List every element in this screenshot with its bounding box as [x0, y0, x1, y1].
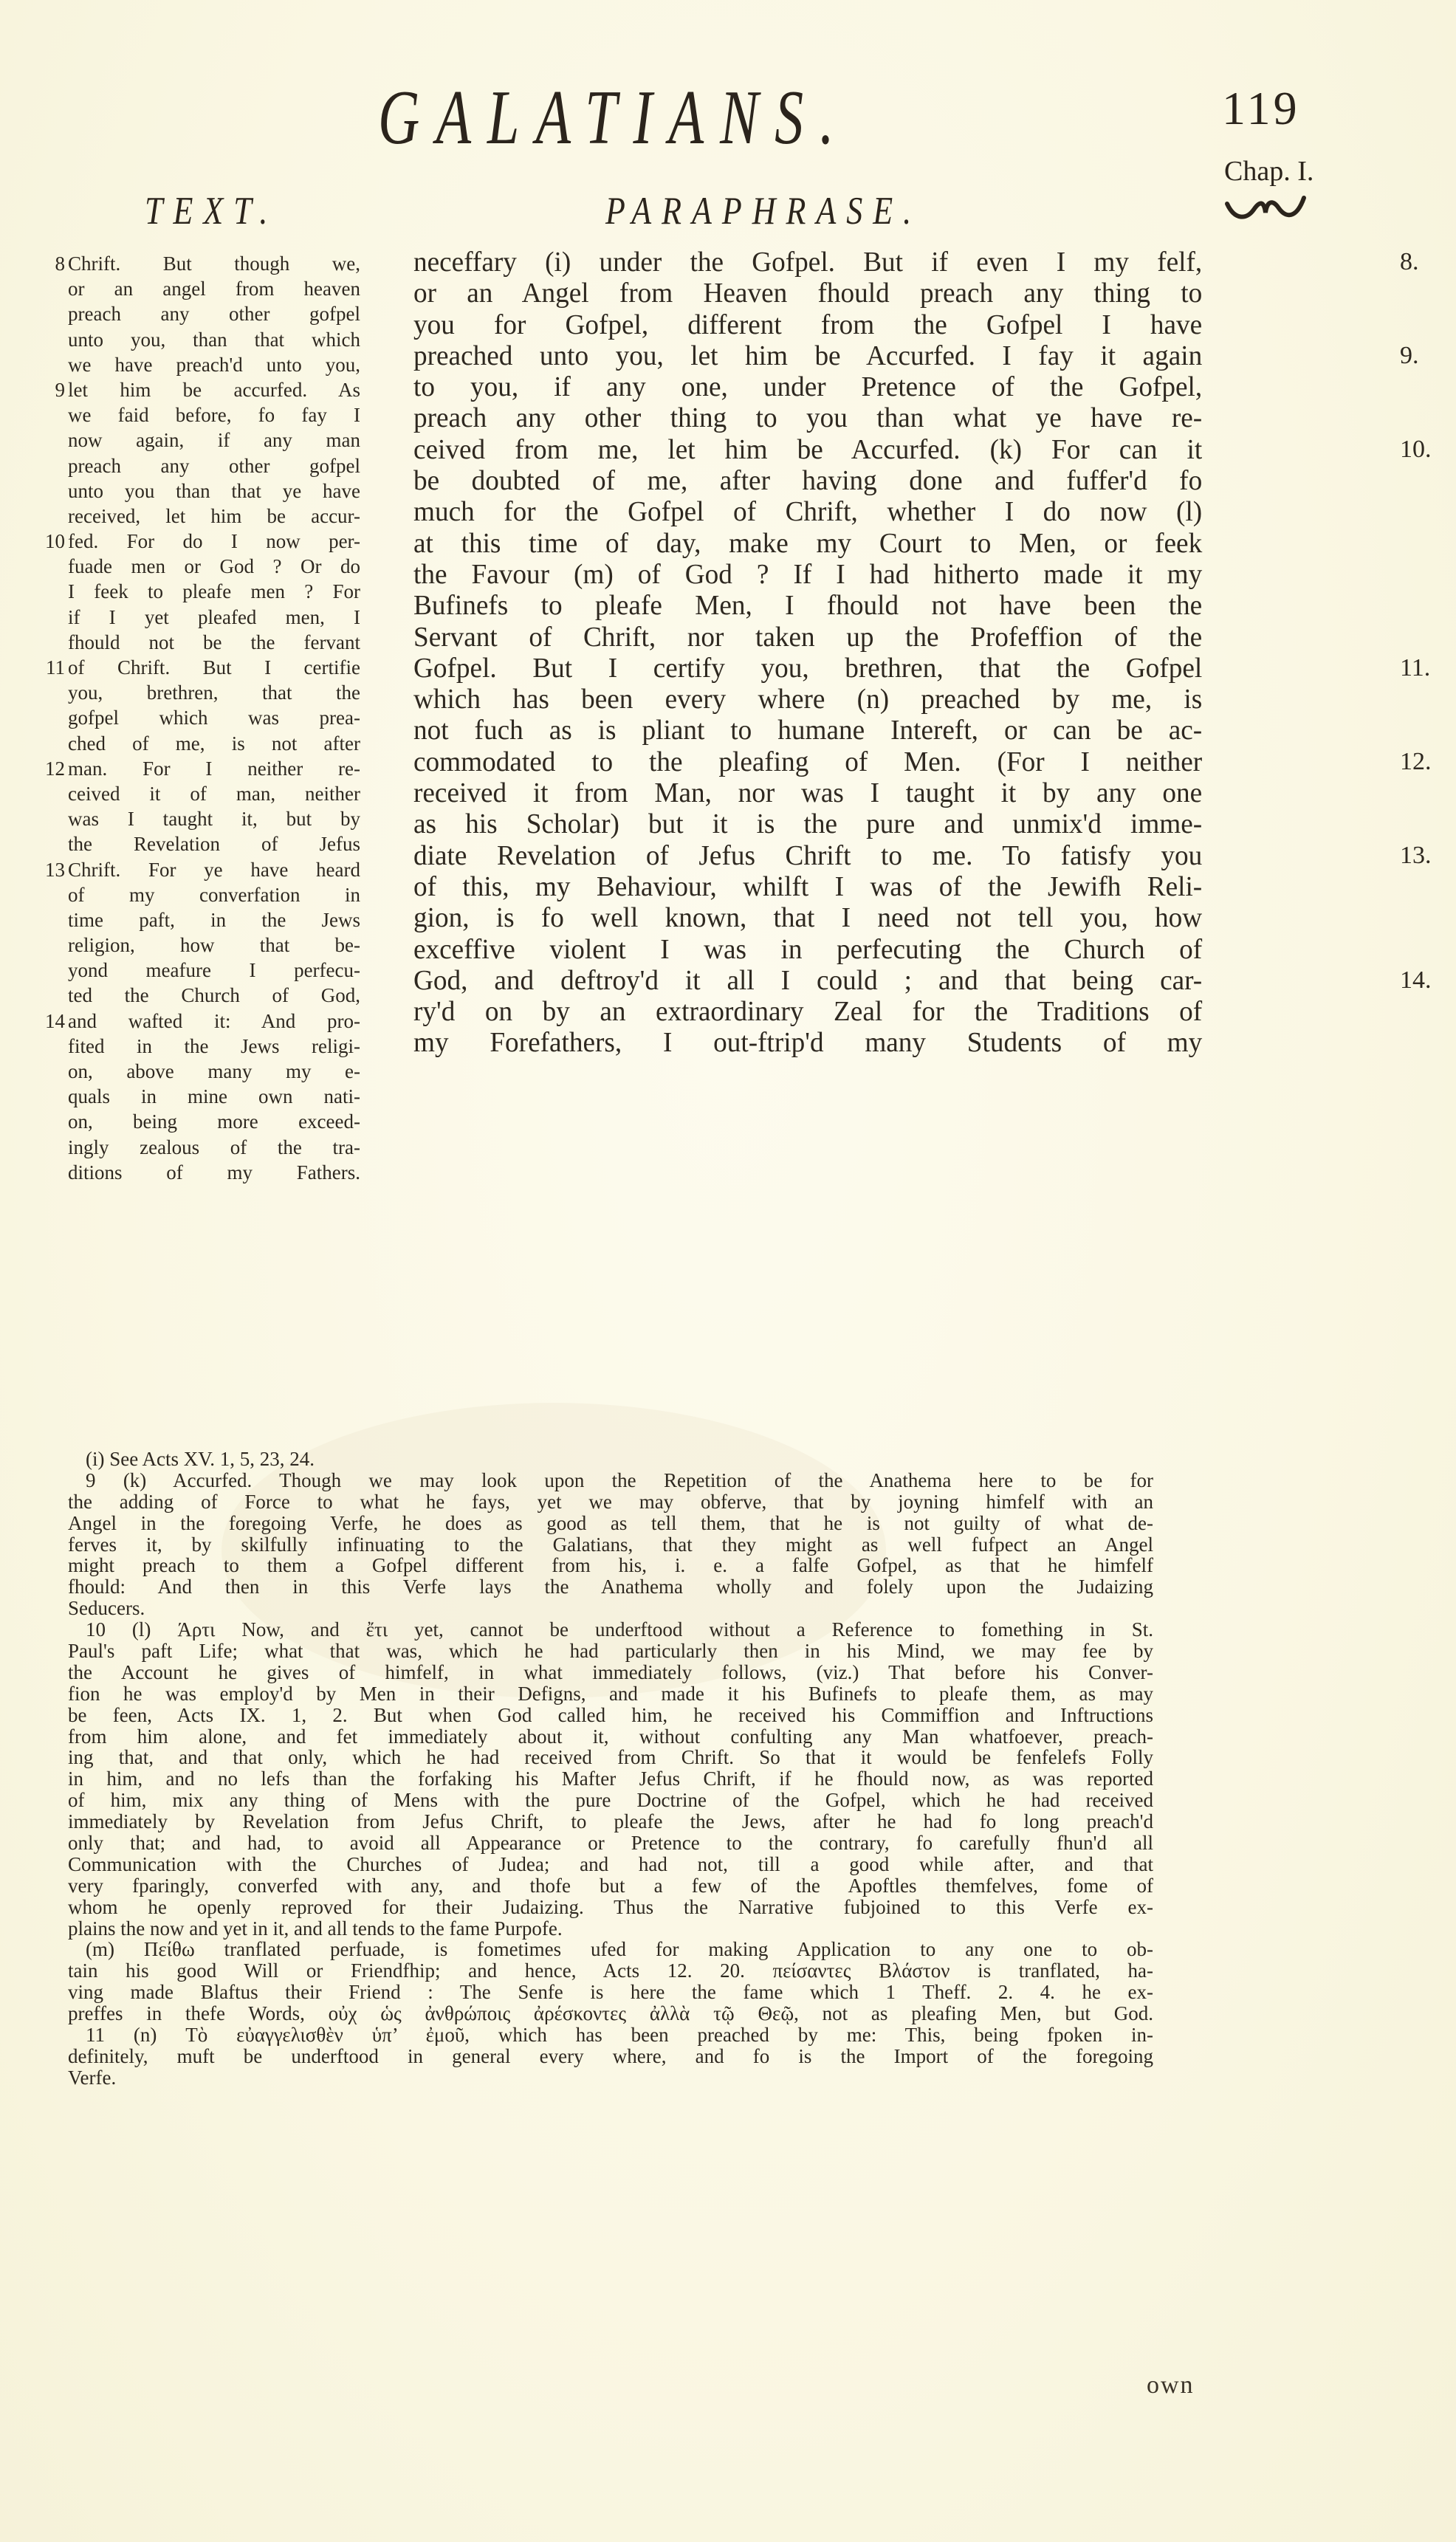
- paraphrase-text: much for the Gofpel of Chrift, whether I…: [413, 496, 1202, 527]
- note-line: ving made Blaftus their Friend : The Sen…: [68, 1982, 1153, 2003]
- footnotes: (i) See Acts XV. 1, 5, 23, 24.9 (k) Accu…: [68, 1449, 1153, 2089]
- paraphrase-line: diate Revelation of Jefus Chrift to me. …: [411, 840, 1370, 871]
- verse-text: we faid before, fo fay I: [68, 402, 360, 427]
- text-line: fited in the Jews religi-: [0, 1034, 436, 1059]
- page-number: 119: [1222, 81, 1300, 136]
- note-text: Verfe.: [68, 2067, 1153, 2089]
- verse-text: on, above many my e-: [68, 1059, 360, 1084]
- note-line: fhould: And then in this Verfe lays the …: [68, 1576, 1153, 1598]
- verse-number: 10: [30, 529, 65, 554]
- note-text: Communication with the Churches of Judea…: [68, 1854, 1153, 1875]
- text-line: gofpel which was prea-: [0, 705, 436, 730]
- verse-number: 14: [30, 1009, 65, 1034]
- text-line: you, brethren, that the: [0, 680, 436, 705]
- verse-text: unto you than that ye have: [68, 478, 360, 504]
- verse-text: we have preach'd unto you,: [68, 352, 360, 377]
- verse-text: you, brethren, that the: [68, 680, 360, 705]
- paraphrase-line: of this, my Behaviour, whilft I was of t…: [411, 871, 1370, 902]
- text-line: unto you, than that which: [0, 327, 436, 352]
- paraphrase-verse-number: 14.: [1400, 965, 1432, 996]
- note-text: very fparingly, converfed with any, and …: [68, 1875, 1153, 1897]
- paraphrase-text: received it from Man, nor was I taught i…: [413, 777, 1202, 808]
- note-text: in him, and no lefs than the forfaking h…: [68, 1768, 1153, 1790]
- verse-number: 8: [30, 251, 65, 276]
- note-text: 10 (l) Άρτι Now, and ἔτι yet, cannot be …: [86, 1619, 1153, 1641]
- note-text: ferves it, by skilfully infinuating to t…: [68, 1534, 1153, 1556]
- text-line: 14and wafted it: And pro-: [0, 1009, 436, 1034]
- paraphrase-line: exceffive violent I was in perfecuting t…: [411, 934, 1370, 965]
- paraphrase-text: ceived from me, let him be Accurfed. (k)…: [413, 434, 1202, 465]
- text-line: yond meafure I perfecu-: [0, 958, 436, 983]
- paraphrase-text: diate Revelation of Jefus Chrift to me. …: [413, 840, 1202, 871]
- verse-text: ched of me, is not after: [68, 731, 360, 756]
- verse-text: religion, how that be-: [68, 932, 360, 958]
- running-title: GALATIANS.: [378, 72, 851, 162]
- paraphrase-line: be doubted of me, after having done and …: [411, 465, 1370, 496]
- note-line: definitely, muft be underftood in genera…: [68, 2046, 1153, 2067]
- note-text: fhould: And then in this Verfe lays the …: [68, 1576, 1153, 1598]
- verse-number: 11: [30, 655, 65, 680]
- paraphrase-line: Servant of Chrift, nor taken up the Prof…: [411, 622, 1370, 653]
- paraphrase-text: of this, my Behaviour, whilft I was of t…: [413, 871, 1202, 902]
- note-line: 10 (l) Άρτι Now, and ἔτι yet, cannot be …: [68, 1619, 1153, 1641]
- note-line: 11 (n) Τὸ εὐαγγελισθὲν ὑπ’ ἐμοῦ, which h…: [68, 2024, 1153, 2046]
- paraphrase-line: ceived from me, let him be Accurfed. (k)…: [411, 434, 1370, 465]
- paraphrase-line: preached unto you, let him be Accurfed. …: [411, 340, 1370, 371]
- note-line: Paul's paft Life; what that was, which h…: [68, 1641, 1153, 1662]
- note-line: from him alone, and fet immediately abou…: [68, 1726, 1153, 1748]
- verse-text: was I taught it, but by: [68, 806, 360, 831]
- verse-text: gofpel which was prea-: [68, 705, 360, 730]
- note-text: 11 (n) Τὸ εὐαγγελισθὲν ὑπ’ ἐμοῦ, which h…: [86, 2024, 1153, 2046]
- verse-text: unto you, than that which: [68, 327, 360, 352]
- note-line: be feen, Acts IX. 1, 2. But when God cal…: [68, 1705, 1153, 1726]
- note-line: in him, and no lefs than the forfaking h…: [68, 1768, 1153, 1790]
- paraphrase-text: neceffary (i) under the Gofpel. But if e…: [413, 247, 1202, 278]
- note-text: Seducers.: [68, 1598, 1153, 1619]
- verse-text: fed. For do I now per-: [68, 529, 360, 554]
- paraphrase-text: Gofpel. But I certify you, brethren, tha…: [413, 653, 1202, 684]
- catchword: own: [1147, 2371, 1195, 2400]
- paraphrase-text: God, and deftroy'd it all I could ; and …: [413, 965, 1202, 996]
- paraphrase-text: to you, if any one, under Pretence of th…: [413, 371, 1202, 402]
- text-line: now again, if any man: [0, 427, 436, 453]
- paraphrase-verse-number: 12.: [1400, 746, 1432, 777]
- verse-text: the Revelation of Jefus: [68, 831, 360, 856]
- note-text: from him alone, and fet immediately abou…: [68, 1726, 1153, 1748]
- note-text: be feen, Acts IX. 1, 2. But when God cal…: [68, 1705, 1153, 1726]
- note-line: 9 (k) Accurfed. Though we may look upon …: [68, 1470, 1153, 1491]
- verse-text: fhould not be the fervant: [68, 630, 360, 655]
- paraphrase-line: you for Gofpel, different from the Gofpe…: [411, 309, 1370, 340]
- note-text: the adding of Force to what he fays, yet…: [68, 1491, 1153, 1513]
- note-text: ving made Blaftus their Friend : The Sen…: [68, 1982, 1153, 2003]
- text-line: I feek to pleafe men ? For: [0, 579, 436, 604]
- note-line: (i) See Acts XV. 1, 5, 23, 24.: [68, 1449, 1153, 1470]
- paraphrase-text: at this time of day, make my Court to Me…: [413, 528, 1202, 559]
- verse-text: ditions of my Fathers.: [68, 1160, 360, 1185]
- verse-number: 9: [30, 377, 65, 402]
- note-line: immediately by Revelation from Jefus Chr…: [68, 1811, 1153, 1832]
- note-line: tain his good Will or Friendfhip; and he…: [68, 1960, 1153, 1982]
- paraphrase-verse-number: 8.: [1400, 247, 1419, 278]
- book-page: GALATIANS. 119 Chap. I. TEXT. PARAPHRASE…: [0, 0, 1456, 2542]
- verse-text: of Chrift. But I certifie: [68, 655, 360, 680]
- note-text: Paul's paft Life; what that was, which h…: [68, 1641, 1153, 1662]
- paraphrase-verse-number: 9.: [1400, 340, 1419, 371]
- text-line: preach any other gofpel: [0, 301, 436, 326]
- paraphrase-verse-number: 13.: [1400, 840, 1432, 871]
- note-line: Seducers.: [68, 1598, 1153, 1619]
- paraphrase-text: or an Angel from Heaven fhould preach an…: [413, 278, 1202, 309]
- note-line: only that; and had, to avoid all Appeara…: [68, 1832, 1153, 1854]
- paraphrase-text: commodated to the pleafing of Men. (For …: [413, 746, 1202, 777]
- text-line: quals in mine own nati-: [0, 1084, 436, 1109]
- text-line: on, being more exceed-: [0, 1109, 436, 1134]
- paraphrase-text: be doubted of me, after having done and …: [413, 465, 1202, 496]
- column-heading-text: TEXT.: [145, 188, 278, 233]
- note-line: the Account he gives of himfelf, in what…: [68, 1662, 1153, 1683]
- text-line: ditions of my Fathers.: [0, 1160, 436, 1185]
- paraphrase-column: neceffary (i) under the Gofpel. But if e…: [411, 247, 1370, 1059]
- verse-text: now again, if any man: [68, 427, 360, 453]
- verse-text: I feek to pleafe men ? For: [68, 579, 360, 604]
- text-line: we have preach'd unto you,: [0, 352, 436, 377]
- note-line: plains the now and yet in it, and all te…: [68, 1918, 1153, 1940]
- note-line: ferves it, by skilfully infinuating to t…: [68, 1534, 1153, 1556]
- text-line: received, let him be accur-: [0, 504, 436, 529]
- paraphrase-line: the Favour (m) of God ? If I had hithert…: [411, 559, 1370, 590]
- text-line: 10fed. For do I now per-: [0, 529, 436, 554]
- verse-text: ingly zealous of the tra-: [68, 1135, 360, 1160]
- paraphrase-text: as his Scholar) but it is the pure and u…: [413, 808, 1202, 839]
- note-text: preffes in thefe Words, οὐχ ὡς ἀνθρώποις…: [68, 2003, 1153, 2024]
- text-line: 13Chrift. For ye have heard: [0, 857, 436, 882]
- text-line: was I taught it, but by: [0, 806, 436, 831]
- paraphrase-text: you for Gofpel, different from the Gofpe…: [413, 309, 1202, 340]
- text-line: fhould not be the fervant: [0, 630, 436, 655]
- note-text: definitely, muft be underftood in genera…: [68, 2046, 1153, 2067]
- text-line: ingly zealous of the tra-: [0, 1135, 436, 1160]
- verse-text: let him be accurfed. As: [68, 377, 360, 402]
- verse-text: time paft, in the Jews: [68, 907, 360, 932]
- note-text: tain his good Will or Friendfhip; and he…: [68, 1960, 1153, 1982]
- verse-text: Chrift. But though we,: [68, 251, 360, 276]
- text-line: or an angel from heaven: [0, 276, 436, 301]
- text-line: time paft, in the Jews: [0, 907, 436, 932]
- paraphrase-line: ry'd on by an extraordinary Zeal for the…: [411, 996, 1370, 1027]
- paraphrase-line: God, and deftroy'd it all I could ; and …: [411, 965, 1370, 996]
- text-line: ched of me, is not after: [0, 731, 436, 756]
- note-text: might preach to them a Gofpel different …: [68, 1555, 1153, 1576]
- verse-text: quals in mine own nati-: [68, 1084, 360, 1109]
- note-text: the Account he gives of himfelf, in what…: [68, 1662, 1153, 1683]
- note-line: (m) Πείθω tranflated perfuade, is fometi…: [68, 1939, 1153, 1960]
- note-line: Communication with the Churches of Judea…: [68, 1854, 1153, 1875]
- note-text: whom he openly reproved for their Judaiz…: [68, 1897, 1153, 1918]
- verse-number: 13: [30, 857, 65, 882]
- paraphrase-line: to you, if any one, under Pretence of th…: [411, 371, 1370, 402]
- paraphrase-text: preached unto you, let him be Accurfed. …: [413, 340, 1202, 371]
- paraphrase-text: not fuch as is pliant to humane Intereft…: [413, 715, 1202, 746]
- paraphrase-text: Bufinefs to pleafe Men, I fhould not hav…: [413, 590, 1202, 621]
- text-line: we faid before, fo fay I: [0, 402, 436, 427]
- text-line: of my converfation in: [0, 882, 436, 907]
- verse-text: fuade men or God ? Or do: [68, 554, 360, 579]
- note-text: plains the now and yet in it, and all te…: [68, 1918, 1153, 1940]
- paraphrase-line: which has been every where (n) preached …: [411, 684, 1370, 715]
- text-line: unto you than that ye have: [0, 478, 436, 504]
- note-line: ing that, and that only, which he had re…: [68, 1747, 1153, 1768]
- note-line: preffes in thefe Words, οὐχ ὡς ἀνθρώποις…: [68, 2003, 1153, 2024]
- ornament-brace-icon: [1224, 193, 1307, 223]
- paraphrase-text: Servant of Chrift, nor taken up the Prof…: [413, 622, 1202, 653]
- verse-text: yond meafure I perfecu-: [68, 958, 360, 983]
- paraphrase-line: not fuch as is pliant to humane Intereft…: [411, 715, 1370, 746]
- paraphrase-line: my Forefathers, I out-ftrip'd many Stude…: [411, 1027, 1370, 1058]
- paraphrase-line: or an Angel from Heaven fhould preach an…: [411, 278, 1370, 309]
- paraphrase-line: gion, is fo well known, that I need not …: [411, 902, 1370, 933]
- note-text: immediately by Revelation from Jefus Chr…: [68, 1811, 1153, 1832]
- note-text: 9 (k) Accurfed. Though we may look upon …: [86, 1470, 1153, 1491]
- text-line: 12man. For I neither re-: [0, 756, 436, 781]
- paraphrase-line: Bufinefs to pleafe Men, I fhould not hav…: [411, 590, 1370, 621]
- verse-text: and wafted it: And pro-: [68, 1009, 360, 1034]
- verse-text: preach any other gofpel: [68, 301, 360, 326]
- verse-text: fited in the Jews religi-: [68, 1034, 360, 1059]
- paraphrase-line: neceffary (i) under the Gofpel. But if e…: [411, 247, 1370, 278]
- verse-text: of my converfation in: [68, 882, 360, 907]
- note-line: Angel in the foregoing Verfe, he does as…: [68, 1513, 1153, 1534]
- paraphrase-line: Gofpel. But I certify you, brethren, tha…: [411, 653, 1370, 684]
- note-line: of him, mix any thing of Mens with the p…: [68, 1790, 1153, 1811]
- note-text: (m) Πείθω tranflated perfuade, is fometi…: [86, 1939, 1153, 1960]
- paraphrase-text: my Forefathers, I out-ftrip'd many Stude…: [413, 1027, 1202, 1058]
- verse-text: ted the Church of God,: [68, 983, 360, 1008]
- note-text: fion he was employ'd by Men in their Def…: [68, 1683, 1153, 1705]
- paraphrase-text: preach any other thing to you than what …: [413, 402, 1202, 433]
- verse-text: received, let him be accur-: [68, 504, 360, 529]
- note-line: very fparingly, converfed with any, and …: [68, 1875, 1153, 1897]
- paraphrase-line: at this time of day, make my Court to Me…: [411, 528, 1370, 559]
- verse-text: on, being more exceed-: [68, 1109, 360, 1134]
- text-line: the Revelation of Jefus: [0, 831, 436, 856]
- paraphrase-text: ry'd on by an extraordinary Zeal for the…: [413, 996, 1202, 1027]
- text-line: 11of Chrift. But I certifie: [0, 655, 436, 680]
- paraphrase-verse-number: 11.: [1400, 653, 1430, 684]
- note-text: ing that, and that only, which he had re…: [68, 1747, 1153, 1768]
- text-line: if I yet pleafed men, I: [0, 605, 436, 630]
- chapter-label: Chap. I.: [1224, 155, 1314, 188]
- paraphrase-text: exceffive violent I was in perfecuting t…: [413, 934, 1202, 965]
- text-line: 9let him be accurfed. As: [0, 377, 436, 402]
- note-text: (i) See Acts XV. 1, 5, 23, 24.: [86, 1449, 1153, 1470]
- paraphrase-line: commodated to the pleafing of Men. (For …: [411, 746, 1370, 777]
- note-text: only that; and had, to avoid all Appeara…: [68, 1832, 1153, 1854]
- text-line: ceived it of man, neither: [0, 781, 436, 806]
- verse-text: Chrift. For ye have heard: [68, 857, 360, 882]
- verse-text: or an angel from heaven: [68, 276, 360, 301]
- note-line: whom he openly reproved for their Judaiz…: [68, 1897, 1153, 1918]
- note-line: the adding of Force to what he fays, yet…: [68, 1491, 1153, 1513]
- paraphrase-line: much for the Gofpel of Chrift, whether I…: [411, 496, 1370, 527]
- note-text: of him, mix any thing of Mens with the p…: [68, 1790, 1153, 1811]
- verse-number: 12: [30, 756, 65, 781]
- verse-text: man. For I neither re-: [68, 756, 360, 781]
- text-line: religion, how that be-: [0, 932, 436, 958]
- text-line: fuade men or God ? Or do: [0, 554, 436, 579]
- verse-text: ceived it of man, neither: [68, 781, 360, 806]
- text-line: on, above many my e-: [0, 1059, 436, 1084]
- paraphrase-line: as his Scholar) but it is the pure and u…: [411, 808, 1370, 839]
- text-line: preach any other gofpel: [0, 453, 436, 478]
- paraphrase-line: preach any other thing to you than what …: [411, 402, 1370, 433]
- note-line: might preach to them a Gofpel different …: [68, 1555, 1153, 1576]
- paraphrase-line: received it from Man, nor was I taught i…: [411, 777, 1370, 808]
- text-line: ted the Church of God,: [0, 983, 436, 1008]
- verse-text: if I yet pleafed men, I: [68, 605, 360, 630]
- note-line: Verfe.: [68, 2067, 1153, 2089]
- text-column: 8Chrift. But though we,or an angel from …: [0, 251, 436, 1185]
- paraphrase-text: the Favour (m) of God ? If I had hithert…: [413, 559, 1202, 590]
- text-line: 8Chrift. But though we,: [0, 251, 436, 276]
- paraphrase-text: gion, is fo well known, that I need not …: [413, 902, 1202, 933]
- verse-text: preach any other gofpel: [68, 453, 360, 478]
- note-text: Angel in the foregoing Verfe, he does as…: [68, 1513, 1153, 1534]
- note-line: fion he was employ'd by Men in their Def…: [68, 1683, 1153, 1705]
- paraphrase-verse-number: 10.: [1400, 434, 1432, 465]
- paraphrase-text: which has been every where (n) preached …: [413, 684, 1202, 715]
- column-heading-paraphrase: PARAPHRASE.: [605, 188, 921, 233]
